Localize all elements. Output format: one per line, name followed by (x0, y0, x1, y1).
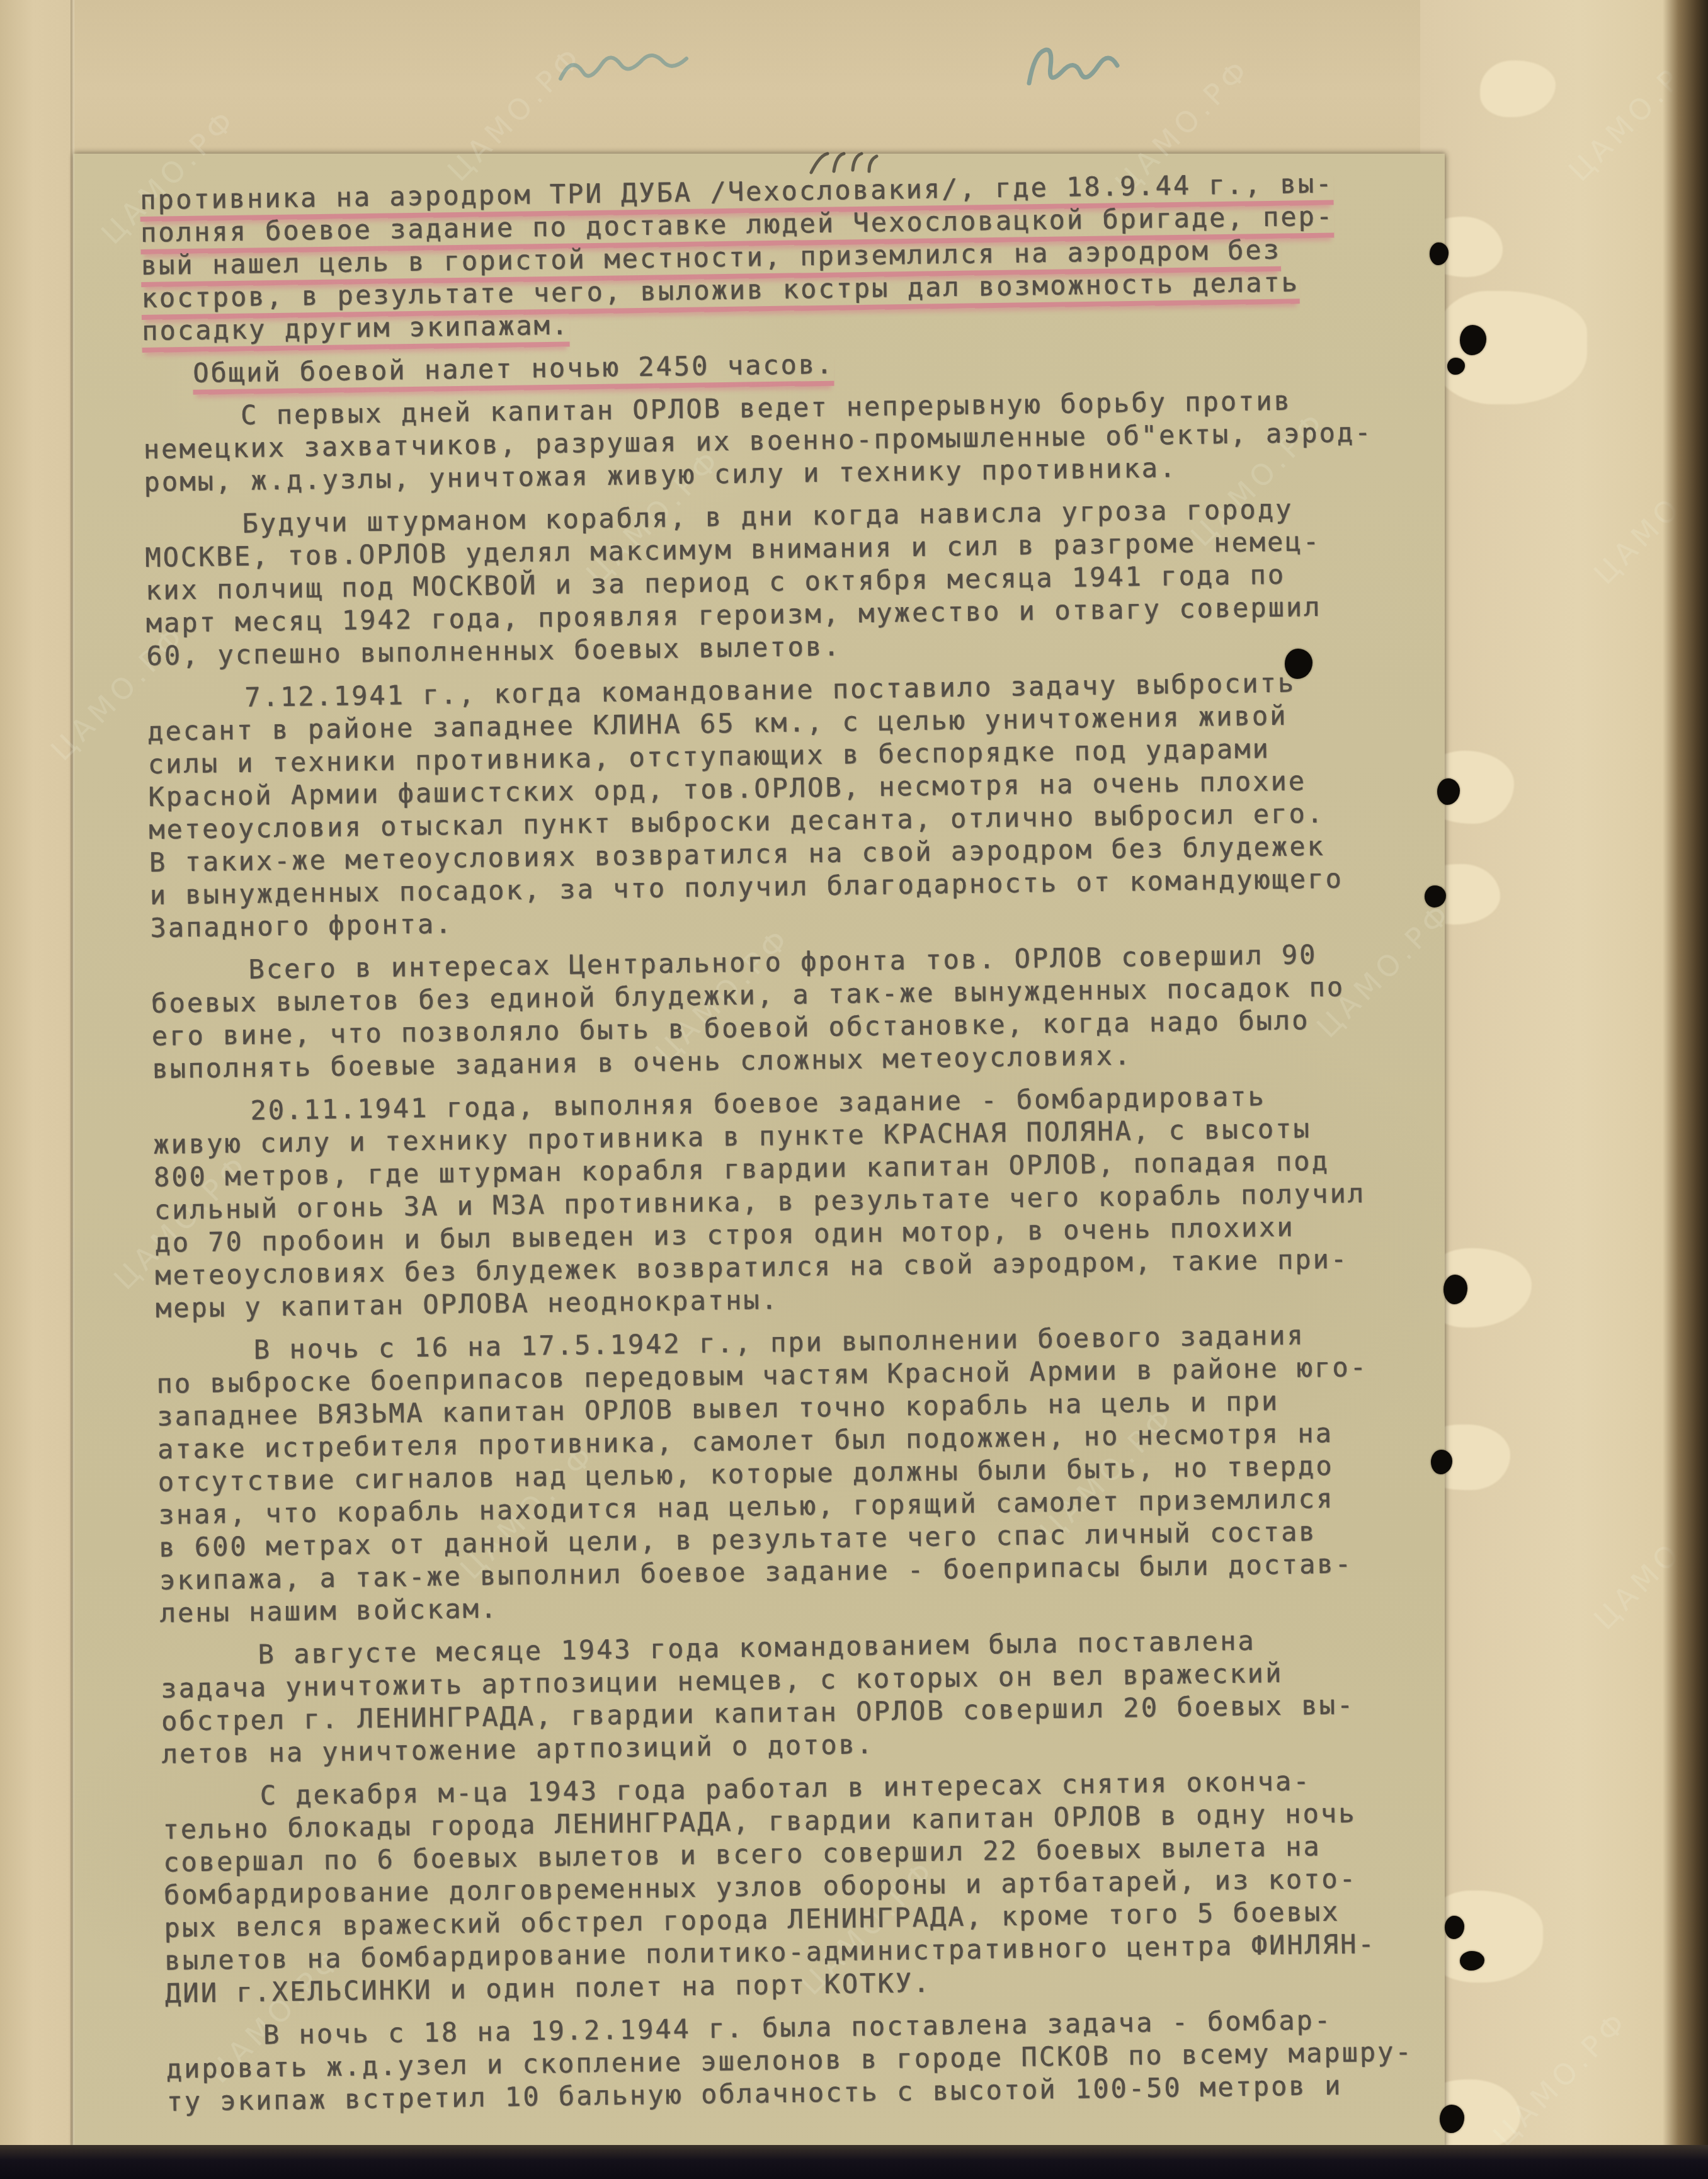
paragraph: В ночь с 16 на 17.5.1942 г., при выполне… (156, 1317, 1470, 1630)
scan-edge-shadow (1663, 0, 1708, 2179)
paragraph: Будучи штурманом корабля, в дни когда на… (144, 491, 1456, 673)
backing-sheet-left (0, 0, 74, 2179)
paragraph: С первых дней капитан ОРЛОВ ведет непрер… (143, 382, 1454, 499)
scanned-document: ЦАМО.РФ ЦАМО.РФ ЦАМО.РФ ЦАМО.РФ ЦАМО.РФ … (0, 0, 1708, 2179)
paragraph: В ночь с 18 на 19.2.1944 г. была поставл… (166, 2002, 1477, 2119)
paragraph: С декабря м-ца 1943 года работал в интер… (162, 1763, 1475, 2010)
paragraph: 7.12.1941 г., когда командование постави… (147, 664, 1460, 945)
scan-bottom-edge (0, 2145, 1708, 2179)
flight-hours-heading-text: Общий боевой налет ночью 2450 часов. (193, 349, 834, 395)
paragraph: 20.11.1941 года, выполняя боевое задание… (152, 1078, 1466, 1325)
typed-text: противника на аэродром ТРИ ДУБА /Чехосло… (140, 166, 1477, 2119)
paragraph: Всего в интересах Центрального фронта то… (151, 936, 1462, 1086)
body-paragraphs: С первых дней капитан ОРЛОВ ведет непрер… (143, 382, 1477, 2119)
underlined-text: посадку другим экипажам. (142, 310, 570, 353)
intro-underlined-block: противника на аэродром ТРИ ДУБА /Чехосло… (140, 166, 1452, 348)
torn-paper-patch (1430, 291, 1587, 404)
paper-crease (71, 0, 74, 2179)
paragraph: В августе месяце 1943 года командованием… (160, 1622, 1472, 1771)
